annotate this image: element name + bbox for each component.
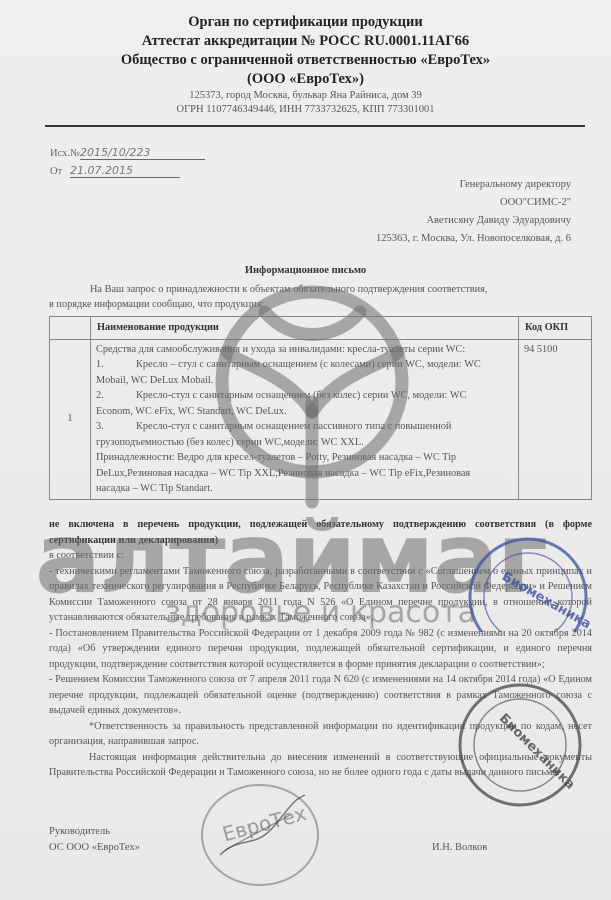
- intro-line1: На Ваш запрос о принадлежности к объекта…: [90, 282, 487, 297]
- according-to: в соответствии с:: [49, 548, 592, 564]
- org-short-name: (ООО «ЕвроТех»): [0, 71, 611, 88]
- row-num: 1: [50, 339, 91, 499]
- outgoing-date-label: От: [50, 166, 62, 177]
- signatory-role-line1: Руководитель: [49, 824, 140, 840]
- product-item-2: 2.Кресло-стул с санитарным оснащением (б…: [96, 388, 488, 419]
- recipient-block: Генеральному директору ООО"СИМС-2" Авети…: [376, 176, 571, 248]
- eurotech-stamp-icon: ЕвроТех: [195, 780, 325, 890]
- header-okp-code: Код ОКП: [519, 317, 592, 340]
- body-section: не включена в перечень продукции, подлеж…: [49, 517, 592, 781]
- validity-note: Настоящая информация действительна до вн…: [49, 750, 592, 781]
- signatory-role-line2: ОС ООО «ЕвроТех»: [49, 840, 140, 856]
- header-divider: [45, 125, 585, 127]
- row-product-name: Средства для самообслуживания и ухода за…: [91, 339, 519, 499]
- outgoing-number: Исх.№2015/10/223: [50, 146, 205, 160]
- header-product-name: Наименование продукции: [91, 317, 519, 340]
- recipient-address: 125363, г. Москва, Ул. Новопоселковая, д…: [376, 230, 571, 248]
- letter-title: Информационное письмо: [0, 265, 611, 276]
- responsibility-note: *Ответственность за правильность предста…: [49, 719, 592, 750]
- product-category: Средства для самообслуживания и ухода за…: [96, 342, 488, 358]
- signatory-role: Руководитель ОС ООО «ЕвроТех»: [49, 824, 140, 856]
- recipient-name: Аветисяну Давиду Эдуардовичу: [376, 212, 571, 230]
- org-full-name: Общество с ограниченной ответственностью…: [0, 52, 611, 69]
- product-table: Наименование продукции Код ОКП 1 Средств…: [49, 316, 592, 500]
- outgoing-number-label: Исх.№: [50, 148, 80, 159]
- org-name-line1: Орган по сертификации продукции: [0, 14, 611, 31]
- row-okp-code: 94 5100: [519, 339, 592, 499]
- regulation-item-1: - техническими регламентами Таможенного …: [49, 564, 592, 626]
- product-item-3: 3.Кресло-стул с санитарным оснащением па…: [96, 419, 488, 450]
- svg-text:ЕвроТех: ЕвроТех: [220, 801, 309, 846]
- product-item-1: 1.Кресло – стул с санитарным оснащением …: [96, 357, 488, 388]
- document-page: Орган по сертификации продукции Аттестат…: [0, 0, 611, 900]
- outgoing-date-value: 21.07.2015: [70, 164, 180, 178]
- regulation-item-3: - Решением Комиссии Таможенного союза от…: [49, 672, 592, 719]
- header-num: [50, 317, 91, 340]
- not-included-statement: не включена в перечень продукции, подлеж…: [49, 517, 592, 548]
- recipient-company: ООО"СИМС-2": [376, 194, 571, 212]
- regulation-item-2: - Постановлением Правительства Российско…: [49, 626, 592, 673]
- table-row: 1 Средства для самообслуживания и ухода …: [50, 339, 592, 499]
- intro-line2: в порядке информации сообщаю, что продук…: [49, 297, 264, 312]
- signatory-name: И.Н. Волков: [432, 840, 487, 856]
- org-registry: ОГРН 1107746349446, ИНН 7733732625, КПП …: [0, 104, 611, 115]
- recipient-position: Генеральному директору: [376, 176, 571, 194]
- outgoing-number-value: 2015/10/223: [80, 146, 205, 160]
- org-address: 125373, город Москва, бульвар Яна Райнис…: [0, 90, 611, 101]
- accreditation-line: Аттестат аккредитации № РОСС RU.0001.11А…: [0, 33, 611, 50]
- outgoing-date: От 21.07.2015: [50, 164, 180, 178]
- product-accessories: Принадлежности: Ведро для кресел-туалето…: [96, 450, 488, 497]
- table-header-row: Наименование продукции Код ОКП: [50, 317, 592, 340]
